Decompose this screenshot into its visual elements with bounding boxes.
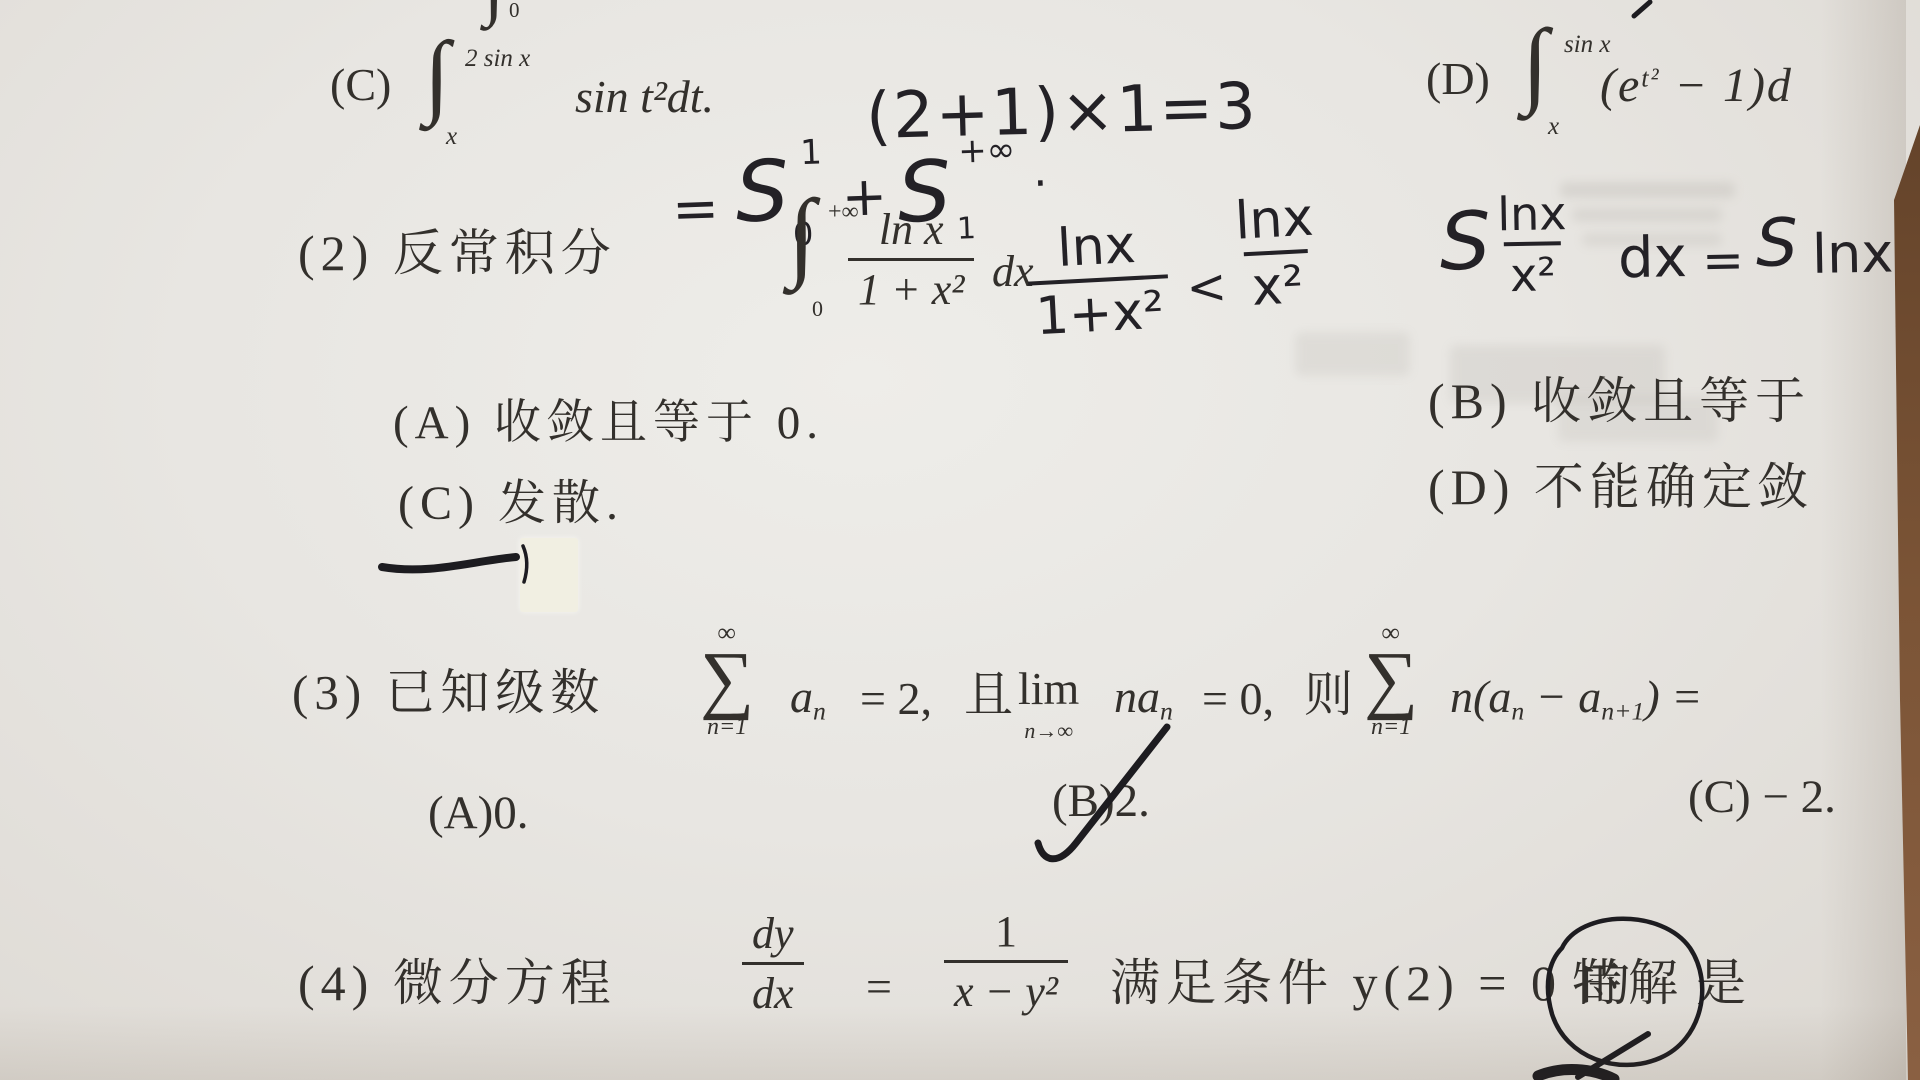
subscript-n: n (813, 697, 826, 726)
handwritten-upper-limit-1: 1 (800, 135, 823, 170)
handwritten-equals: = (1702, 235, 1745, 286)
integral-sign: ∫ (424, 36, 450, 116)
handwritten-dot: . (1032, 150, 1048, 194)
option-a-label: (A) (393, 397, 476, 449)
paper-edge-shadow (1820, 0, 1906, 1080)
a: a (790, 671, 813, 722)
option-b-q3: (B)2. (1052, 778, 1150, 825)
summation-1: ∞ ∑ n=1 (700, 620, 754, 739)
option-d-q1-integrand: (et² − 1)d (1600, 62, 1793, 110)
summation-2: ∞ ∑ n=1 (1364, 620, 1418, 739)
option-b-q2: (B) 收敛且等于 (1428, 376, 1811, 426)
denominator: x² (1504, 241, 1563, 298)
correction-tape-patch (520, 538, 578, 612)
option-b-text: 收敛且等于 (1531, 373, 1811, 429)
dy: dy (742, 912, 804, 962)
handwritten-calculation: (2+1)×1=3 (865, 75, 1258, 149)
question-3-stem: (3) 已知级数 (292, 668, 605, 717)
option-b-label: (B) (1428, 373, 1513, 429)
paper-bottom-shadow (0, 1005, 1920, 1080)
exponent-t-squared: t² (1641, 62, 1660, 92)
sigma-symbol: ∑ (700, 646, 754, 713)
handwritten-integral-s: S (1439, 201, 1491, 282)
lim-subscript: n→∞ (1024, 720, 1073, 742)
numerator-1: 1 (985, 910, 1027, 960)
handwritten-equals: = (671, 181, 720, 239)
photo-of-exam-paper: ∫ 0 (C) ∫ 2 sin x x sin t²dt. (2+1)×1=3 … (0, 0, 1920, 1080)
handwritten-comparison: lnx 1+x² < lnx x² (1024, 189, 1362, 366)
exam-paper-sheet: ∫ 0 (C) ∫ 2 sin x x sin t²dt. (2+1)×1=3 … (0, 0, 1920, 1080)
option-c-label: (C) (398, 477, 480, 530)
n-open-a: n(a (1450, 671, 1511, 722)
handwritten-fraction-right: lnx x² (1228, 191, 1324, 315)
integrand-close: − 1)d (1661, 59, 1793, 112)
question-4-number: (4) (298, 955, 374, 1011)
option-a-text: 收敛且等于 0. (494, 397, 824, 449)
limit: lim n→∞ (1018, 666, 1079, 742)
less-than-sign: < (1185, 262, 1228, 312)
question-2-lead: 反常积分 (393, 225, 617, 281)
option-c-q1-integrand: sin t²dt. (575, 74, 714, 120)
option-a-q3: (A)0. (428, 790, 529, 837)
q3-term-an: an (790, 674, 826, 724)
option-c-q3: (C) − 2. (1688, 774, 1836, 821)
question-4-stem: (4) 微分方程 (298, 958, 617, 1008)
q4-rhs-fraction: 1 x − y² (944, 910, 1068, 1014)
minus-a: − a (1524, 671, 1601, 722)
subscript-n: n (1511, 697, 1524, 726)
denominator: 1+x² (1028, 274, 1171, 343)
subscript-n: n (1160, 697, 1173, 726)
q4-circled-word: 特解 (1572, 958, 1684, 1008)
option-a-q2: (A) 收敛且等于 0. (393, 400, 824, 447)
handwritten-cutoff-paren: ( (1903, 208, 1920, 272)
option-d-text: 不能确定敛 (1534, 459, 1814, 515)
question-2-number: (2) (298, 225, 374, 281)
question-2-stem: (2) 反常积分 (298, 228, 617, 278)
q3-equals-0: = 0, (1202, 676, 1274, 722)
option-c-q1-label: (C) (330, 62, 391, 108)
integral-upper-limit: 2 sin x (465, 46, 530, 71)
integral-lower-limit: x (446, 124, 457, 149)
subscript-n-plus-1: n+1 (1601, 697, 1644, 726)
q3-and: 且 (964, 670, 1013, 719)
integral-lower-limit: 0 (812, 298, 823, 320)
sum-lower-limit: n=1 (1371, 715, 1411, 739)
q4-condition: 满足条件 y(2) = 0 的 (1110, 958, 1637, 1008)
integral-sign: ∫ (788, 192, 815, 277)
option-d-label: (D) (1428, 459, 1515, 515)
handwritten-dx: dx (1618, 230, 1688, 287)
question-3-lead: 已知级数 (385, 665, 605, 720)
q3-term-nan: nan (1114, 674, 1173, 724)
na: na (1114, 671, 1160, 722)
top-cutoff-integral-glyph: ∫ (484, 0, 504, 19)
numerator: lnx (1491, 190, 1573, 242)
option-d-q2: (D) 不能确定敛 (1428, 462, 1814, 512)
q3-series-term: n(an − an+1) = (1450, 674, 1702, 724)
top-cutoff-integral-lower-limit: 0 (509, 0, 520, 21)
question-3-number: (3) (292, 665, 367, 720)
q2-fraction: ln x 1 + x² (848, 208, 974, 312)
numerator: lnx (1050, 219, 1143, 281)
sigma-symbol: ∑ (1364, 646, 1418, 713)
option-d-q1-label: (D) (1426, 56, 1490, 102)
handwritten-fraction-left: lnx 1+x² (1025, 217, 1171, 343)
q2-fraction-denominator: 1 + x² (848, 258, 974, 312)
question-4-lead: 微分方程 (393, 955, 617, 1011)
integral-lower-limit: x (1548, 114, 1559, 139)
top-cutoff-stroke (1634, 2, 1650, 16)
handwritten-fraction: lnx x² (1491, 190, 1574, 298)
handwritten-integral-s: S (734, 149, 790, 235)
q4-dydx-fraction: dy dx (742, 912, 804, 1016)
option-c-text: 发散. (498, 477, 624, 530)
integrand-open: (e (1600, 59, 1641, 112)
q3-equals-2: = 2, (860, 676, 932, 722)
q4-tail: 是 (1696, 958, 1752, 1008)
denominator: x² (1244, 249, 1311, 314)
numerator: lnx (1228, 191, 1321, 253)
close-equals: ) = (1644, 671, 1702, 722)
option-c-q2: (C) 发散. (398, 480, 624, 528)
integral-upper-limit: sin x (1564, 32, 1611, 57)
lim-text: lim (1018, 666, 1079, 712)
handwritten-upper-limit-inf: +∞ (958, 133, 1016, 169)
handwritten-integral-s: S (1755, 210, 1798, 277)
q2-fraction-numerator: ln x (869, 208, 954, 258)
q4-equals: = (866, 964, 892, 1010)
sum-lower-limit: n=1 (707, 715, 747, 739)
underline-option-c (382, 557, 516, 569)
q3-then: 则 (1304, 670, 1353, 719)
integral-sign: ∫ (1522, 22, 1548, 104)
